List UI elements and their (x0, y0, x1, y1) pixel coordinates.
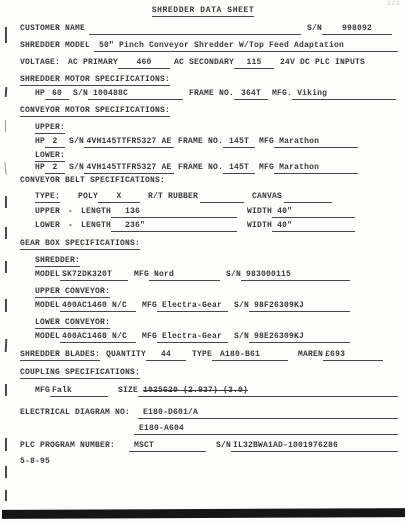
gear-box-heading: GEAR BOX SPECIFICATIONS: (20, 239, 140, 250)
blades-type-value: A180-B61 (212, 350, 288, 361)
scan-artifact (5, 466, 7, 478)
blades-maren-value: £693 (323, 350, 383, 361)
scan-artifact (5, 339, 8, 352)
cml-mfg-label: MFG (259, 163, 274, 174)
customer-name-label: CUSTOMER NAME (20, 24, 85, 35)
field-gear-shredder: MODEL SK72DK320T MFG Nord S/N 983000115 (35, 270, 350, 281)
cmu-mfg-value: Marathon (274, 137, 358, 148)
belt-lower-length-value: 236" (111, 221, 237, 232)
scan-artifact (5, 261, 7, 273)
gu-sn-value: 98F26309KJ (249, 301, 350, 312)
rubber-label: R/T RUBBER (148, 192, 198, 203)
gear-shredder-heading: SHREDDER: (35, 256, 80, 267)
cmu-hp-value: 2 (45, 137, 65, 148)
belt-lower-width-value: 40" (272, 221, 355, 232)
date-value: 5-8-95 (20, 457, 50, 468)
belt-upper-length-label: LENGTH (81, 207, 111, 218)
plc-sn-label: S/N (216, 441, 231, 452)
belt-lower-dash: - (68, 221, 73, 232)
gu-model-value: 400AC1460 N/C (60, 301, 136, 312)
cmu-hp-label: HP (35, 137, 45, 148)
coupling-size-value: 1025G20 (2.937) (3.0) (143, 386, 248, 395)
scan-artifact (4, 162, 6, 175)
belt-upper-dash: - (68, 207, 73, 218)
cmu-frame-label: FRAME NO. (178, 137, 223, 148)
cml-frame-label: FRAME NO. (178, 163, 223, 174)
scan-artifact (5, 27, 7, 43)
customer-sn-label: S/N (307, 24, 322, 35)
cmu-sn-label: S/N (69, 137, 84, 148)
field-shredder-model: SHREDDER MODEL 50" Pinch Conveyor Shredd… (20, 41, 398, 52)
gl-model-label: MODEL (35, 332, 60, 343)
rubber-blank (200, 193, 244, 203)
subsection-upper: UPPER: (35, 123, 65, 134)
gear-upper-heading: UPPER CONVEYOR: (35, 287, 110, 298)
gs-model-label: MODEL (35, 270, 60, 281)
scan-artifact (5, 196, 7, 208)
coupling-size-label: SIZE (118, 386, 138, 397)
gs-mfg-value: Nord (149, 270, 220, 281)
blades-heading: SHREDDER BLADES: (20, 350, 100, 361)
field-customer-name: CUSTOMER NAME S/N 998092 (20, 24, 392, 35)
gu-sn-label: S/N (234, 301, 249, 312)
section-gear-box: GEAR BOX SPECIFICATIONS: (20, 239, 140, 250)
cml-sn-value: 4VH145TTFR5327 AE (84, 163, 174, 174)
belt-upper-width-label: WIDTH (247, 207, 272, 218)
belt-upper-width-value: 40" (272, 207, 355, 218)
belt-lower-length-label: LENGTH (81, 221, 111, 232)
section-coupling: COUPLING SPECIFICATIONS: (20, 368, 140, 379)
field-upper-motor: HP 2 S/N 4VH145TTFR5327 AE FRAME NO. 145… (35, 137, 358, 148)
ac-secondary-label: AC SECONDARY (174, 58, 234, 69)
electrical-line1-value: E180-D601/A (138, 408, 398, 419)
gl-mfg-label: MFG (142, 332, 157, 343)
blades-quantity-value: 44 (146, 350, 186, 361)
poly-label: POLY (78, 192, 98, 203)
field-plc-program: PLC PROGRAM NUMBER: MSCT S/N IL32BWA1AD-… (20, 441, 398, 452)
sm-sn-value: 100488C (88, 89, 183, 100)
shredder-motor-heading: SHREDDER MOTOR SPECIFICATIONS: (20, 75, 170, 86)
belt-lower-width-label: WIDTH (247, 221, 272, 232)
shredder-model-value: 50" Pinch Conveyor Shredder W/Top Feed A… (94, 41, 398, 52)
coupling-mfg-label: MFG (35, 386, 50, 397)
field-shredder-motor: HP 60 S/N 100488C FRAME NO. 364T MFG. Vi… (35, 89, 396, 100)
upper-heading: UPPER: (35, 123, 65, 134)
gu-model-label: MODEL (35, 301, 60, 312)
section-shredder-motor: SHREDDER MOTOR SPECIFICATIONS: (20, 75, 170, 86)
plc-sn-value: IL32BWA1AD-1001976286 (231, 441, 398, 452)
sm-frame-value: 364T (234, 89, 268, 100)
belt-lower-label: LOWER (35, 221, 60, 232)
scan-artifact (5, 120, 6, 132)
subsection-gear-upper: UPPER CONVEYOR: (35, 287, 110, 298)
field-gear-upper: MODEL 400AC1460 N/C MFG Electra-Gear S/N… (35, 301, 350, 312)
gl-sn-label: S/N (234, 332, 249, 343)
gs-mfg-label: MFG (134, 270, 149, 281)
subsection-gear-shredder: SHREDDER: (35, 256, 80, 267)
conveyor-motor-heading: CONVEYOR MOTOR SPECIFICATIONS: (20, 106, 170, 117)
canvas-blank (284, 193, 332, 203)
subsection-gear-lower: LOWER CONVEYOR: (35, 318, 110, 329)
field-shredder-blades: SHREDDER BLADES: QUANTITY 44 TYPE A180-B… (20, 350, 383, 361)
gs-model-value: SK72DK320T (60, 270, 128, 281)
belt-upper-label: UPPER (35, 207, 60, 218)
belt-upper-length-value: 136 (111, 207, 237, 218)
cml-hp-label: HP (35, 163, 45, 174)
ac-secondary-value: 115 (234, 58, 274, 69)
cmu-frame-value: 145T (223, 137, 255, 148)
gl-sn-value: 98E26309KJ (249, 332, 350, 343)
ac-primary-value: 460 (118, 58, 170, 69)
plc-label: PLC PROGRAM NUMBER: (20, 441, 115, 452)
sm-hp-value: 60 (45, 89, 69, 100)
canvas-label: CANVAS (252, 192, 282, 203)
ac-primary-label: AC PRIMARY (68, 58, 118, 69)
gs-sn-value: 983000115 (241, 270, 350, 281)
gl-mfg-value: Electra-Gear (157, 332, 228, 343)
gu-mfg-value: Electra-Gear (157, 301, 228, 312)
coupling-heading: COUPLING SPECIFICATIONS: (20, 368, 140, 379)
field-gear-lower: MODEL 400AC1460 N/C MFG Electra-Gear S/N… (35, 332, 350, 343)
sm-hp-label: HP (35, 89, 45, 100)
voltage-label: VOLTAGE: (20, 58, 60, 69)
poly-value: X (98, 192, 140, 203)
electrical-line2-value: E180-A604 (134, 424, 398, 435)
customer-sn-value: 998092 (322, 24, 392, 35)
gu-mfg-label: MFG (142, 301, 157, 312)
scan-artifact (5, 87, 8, 97)
sm-mfg-label: MFG. (272, 89, 292, 100)
sm-frame-label: FRAME NO. (189, 89, 234, 100)
scan-artifact (5, 490, 7, 501)
coupling-mfg-value: Falk (50, 386, 108, 397)
gs-sn-label: S/N (226, 270, 241, 281)
field-electrical-diagram-2: E180-A604 (134, 424, 398, 435)
field-belt-lower: LOWER - LENGTH 236" WIDTH 40" (35, 221, 355, 232)
cmu-sn-value: 4VH145TTFR5327 AE (84, 137, 174, 148)
lower-heading: LOWER: (35, 151, 65, 162)
subsection-lower: LOWER: (35, 151, 65, 162)
scan-bar (2, 508, 405, 519)
scan-artifact (5, 227, 7, 239)
field-voltage: VOLTAGE: AC PRIMARY 460 AC SECONDARY 115… (20, 58, 365, 69)
belt-type-label: TYPE: (35, 192, 60, 203)
blades-quantity-label: QUANTITY (106, 350, 146, 361)
shredder-model-label: SHREDDER MODEL (20, 41, 90, 52)
cml-mfg-value: Marathon (274, 163, 358, 174)
field-coupling: MFG Falk SIZE 1025G20 (2.937) (3.0) (35, 386, 398, 397)
cml-sn-label: S/N (69, 163, 84, 174)
section-conveyor-motor: CONVEYOR MOTOR SPECIFICATIONS: (20, 106, 170, 117)
field-electrical-diagram: ELECTRICAL DIAGRAM NO: E180-D601/A (20, 408, 398, 419)
page-title: SHREDDER DATA SHEET (152, 6, 255, 17)
gl-model-value: 400AC1460 N/C (60, 332, 136, 343)
field-belt-type: TYPE: POLY X R/T RUBBER CANVAS (35, 192, 332, 203)
scan-artifact (5, 299, 7, 312)
electrical-label: ELECTRICAL DIAGRAM NO: (20, 408, 130, 419)
scan-artifact (5, 438, 7, 451)
field-date: 5-8-95 (20, 457, 50, 468)
conveyor-belt-heading: CONVEYOR BELT SPECIFICATIONS: (20, 176, 165, 187)
blades-type-label: TYPE (192, 350, 212, 361)
gear-lower-heading: LOWER CONVEYOR: (35, 318, 110, 329)
scan-artifact (5, 384, 7, 396)
plc-value: MSCT (129, 441, 206, 452)
plc-inputs-note: 24V DC PLC INPUTS (280, 58, 365, 69)
section-conveyor-belt: CONVEYOR BELT SPECIFICATIONS: (20, 176, 165, 187)
cmu-mfg-label: MFG (259, 137, 274, 148)
field-lower-motor: HP 2 S/N 4VH145TTFR5327 AE FRAME NO. 145… (35, 163, 358, 174)
cml-frame-value: 145T (223, 163, 255, 174)
cml-hp-value: 2 (45, 163, 65, 174)
sm-mfg-value: Viking (292, 89, 396, 100)
field-belt-upper: UPPER - LENGTH 136 WIDTH 40" (35, 207, 355, 218)
customer-name-blank (89, 25, 301, 35)
blades-maren-label: MAREN (298, 350, 323, 361)
document-header: SHREDDER DATA SHEET (0, 6, 406, 15)
sm-sn-label: S/N (73, 89, 88, 100)
